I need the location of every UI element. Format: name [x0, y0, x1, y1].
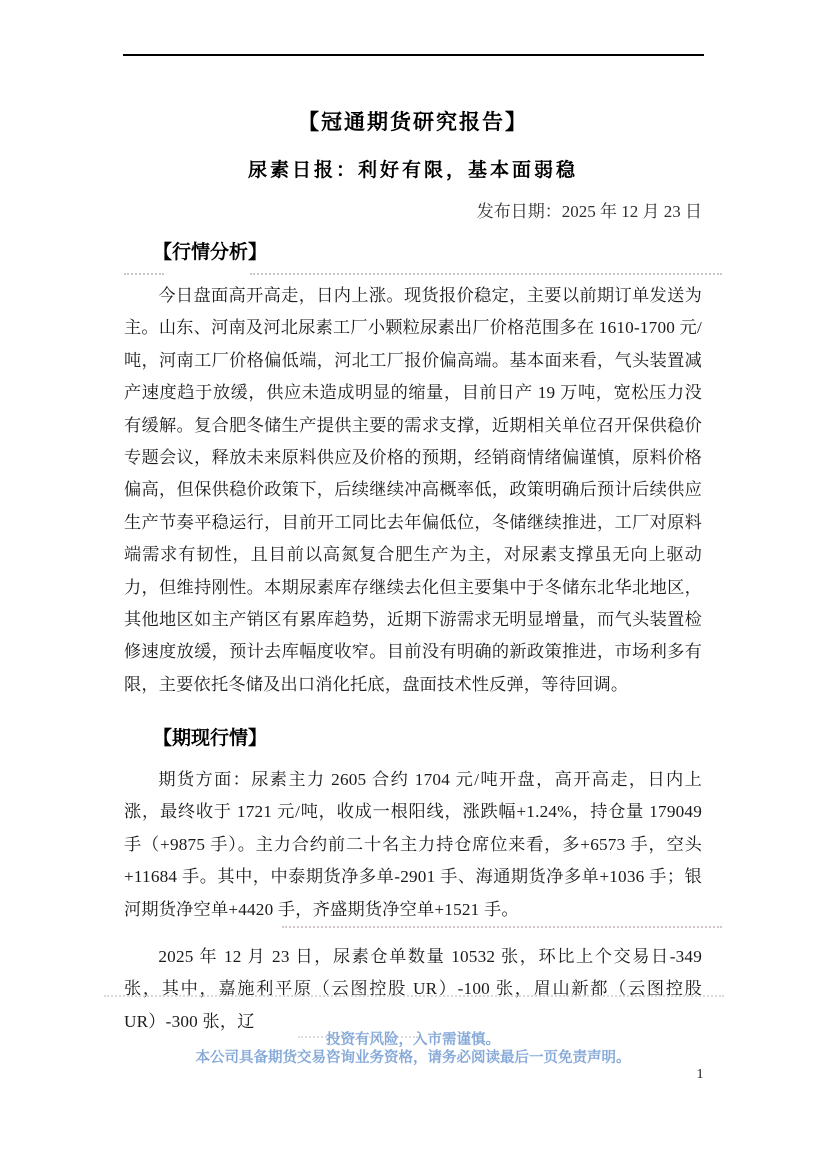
- warehouse-receipt-paragraph: 2025 年 12 月 23 日，尿素仓单数量 10532 张，环比上个交易日-…: [124, 941, 702, 1038]
- futures-summary-paragraph: 期货方面：尿素主力 2605 合约 1704 元/吨开盘，高开高走，日内上涨，最…: [124, 764, 702, 926]
- spellcheck-dotted-line: [104, 995, 724, 997]
- market-analysis-paragraph: 今日盘面高开高走，日内上涨。现货报价稳定，主要以前期订单发送为主。山东、河南及河…: [124, 280, 702, 701]
- page-number: 1: [690, 1067, 710, 1083]
- section-heading-market-analysis: 【行情分析】: [124, 237, 702, 264]
- spellcheck-dotted-line: [250, 273, 722, 275]
- report-header-title: 【冠通期货研究报告】: [124, 106, 702, 136]
- footer-risk-warning: 投资有风险，入市需谨慎。: [0, 1031, 826, 1049]
- header-divider: [123, 54, 704, 56]
- spellcheck-dotted-line: [124, 273, 164, 275]
- report-title: 尿素日报：利好有限，基本面弱稳: [124, 155, 702, 182]
- spellcheck-dotted-line: [282, 926, 722, 928]
- report-page: 【冠通期货研究报告】 尿素日报：利好有限，基本面弱稳 发布日期：2025 年 1…: [0, 0, 826, 1169]
- footer-qualification-notice: 本公司具备期货交易咨询业务资格，请务必阅读最后一页免责声明。: [0, 1049, 826, 1067]
- section-heading-futures-spot: 【期现行情】: [124, 723, 702, 750]
- publish-date: 发布日期：2025 年 12 月 23 日: [124, 197, 702, 222]
